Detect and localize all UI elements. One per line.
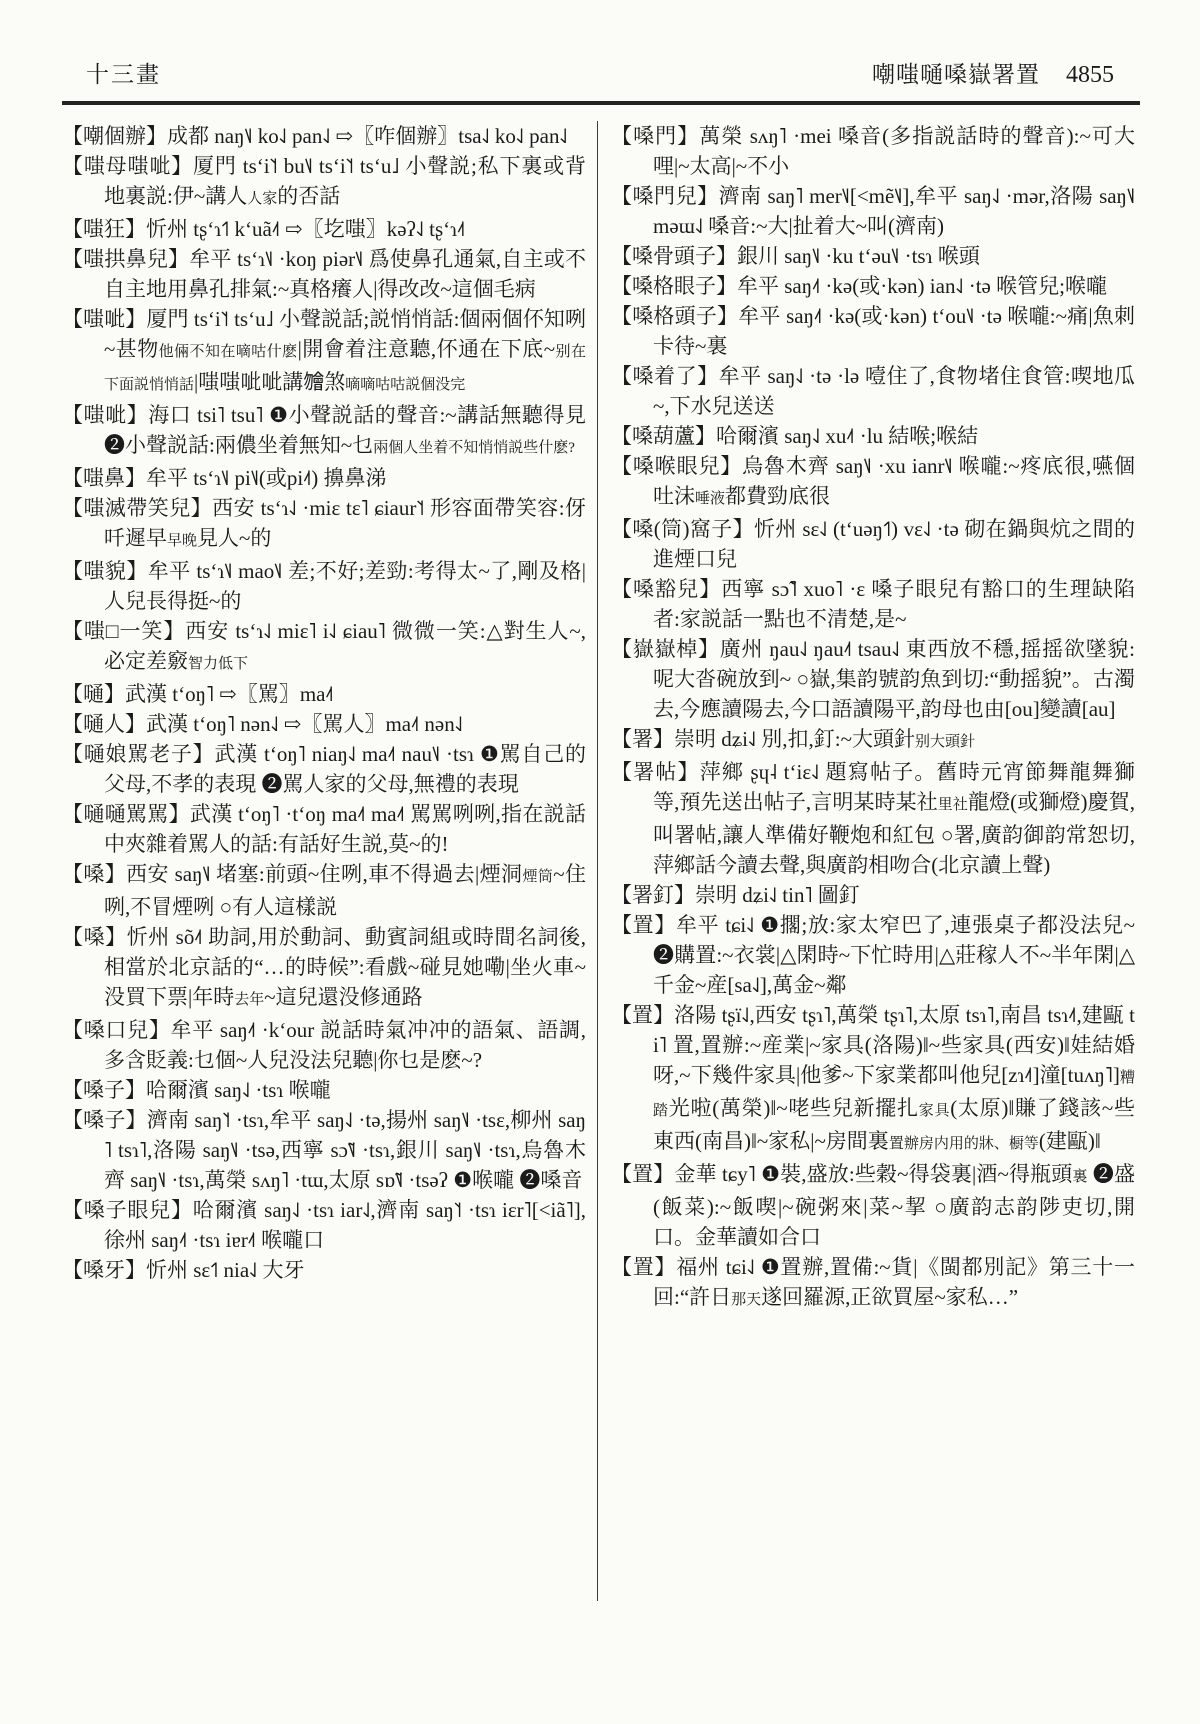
dictionary-entry: 【嗓格眼子】牟平 saŋ˨˦ ·kə(或·kən) ian˨˩ ·tə 喉管兒;… (611, 271, 1135, 301)
dictionary-entry: 【嶽嶽棹】廣州 ŋau˨˩ ŋau˨˦ tsau˨˩ 東西放不穩,摇摇欲墜貌:呢… (611, 634, 1135, 724)
entry-text: 【置】牟平 tɕi˨˩ ❶擱;放:家太窄巴了,連張桌子都没法兒~ ❷購置:~衣裳… (611, 913, 1135, 997)
dictionary-entry: 【置】金華 tɕy˥ ❶裝,盛放:些穀~得袋裏|酒~得瓶頭裏 ❷盛(飯菜):~飯… (611, 1159, 1135, 1252)
dictionary-entry: 【嗓着了】牟平 saŋ˨˩ ·tə ·lə 噎住了,食物堵住食管:喫地瓜~,下水… (611, 361, 1135, 421)
entry-gloss-small: 煙筒 (522, 869, 553, 885)
dictionary-entry: 【嗓子眼兒】哈爾濱 saŋ˨˩ ·tsɿ iar˨˩,濟南 saŋ˥˦ ·tsɿ… (62, 1195, 586, 1255)
column-left: 【嘲個辦】成都 naŋ˥˩ ko˨˩ pan˨˩ ⇨〖咋個辦〗tsa˨˩ ko˨… (62, 121, 586, 1601)
entry-text: 【嗓子眼兒】哈爾濱 saŋ˨˩ ·tsɿ iar˨˩,濟南 saŋ˥˦ ·tsɿ… (62, 1198, 586, 1252)
entry-gloss-small: 那天 (731, 1292, 761, 1308)
dictionary-entry: 【嗤貌】牟平 tsʻɿ˥˩ mao˥˩ 差;不好;差勁:考得太~了,剛及格|人兒… (62, 556, 586, 616)
dictionary-entry: 【嗓豁兒】西寧 sɔ̃˥ xuo˥ ·ɛ 嗓子眼兒有豁口的生理缺陷者:家説話一點… (611, 574, 1135, 634)
entry-text: 【嘲個辦】成都 naŋ˥˩ ko˨˩ pan˨˩ ⇨〖咋個辦〗tsa˨˩ ko˨… (62, 124, 568, 148)
entry-text: 都費勁底很 (725, 484, 830, 508)
dictionary-entry: 【嗤滅帶笑兒】西安 tsʻɿ˨˩ ·miɛ tɛ˥ ɕiaur˥˦ 形容面帶笑容… (62, 493, 586, 556)
dictionary-entry: 【嗵人】武漢 tʻoŋ˥ nən˨˩ ⇨〖駡人〗ma˨˦ nən˨˩ (62, 709, 586, 739)
dictionary-entry: 【嗓葫蘆】哈爾濱 saŋ˨˩ xu˨˦ ·lu 結喉;喉結 (611, 421, 1135, 451)
entry-text: 【嗤鼻】牟平 tsʻɿ˥˩ pi˥˩(或pi˨˦) 擤鼻涕 (62, 466, 387, 490)
entry-text: 【嗵人】武漢 tʻoŋ˥ nən˨˩ ⇨〖駡人〗ma˨˦ nən˨˩ (62, 712, 463, 736)
entry-text: ~這兒還没修通路 (264, 985, 422, 1009)
entry-text: 【置】金華 tɕy˥ ❶裝,盛放:些穀~得袋裏|酒~得瓶頭 (611, 1162, 1072, 1186)
entry-gloss-small: 他倆不知在嘀咕什麽 (159, 344, 298, 360)
entry-text: 【嗓牙】忻州 sɛ˦˥ nia˨˩ 大牙 (62, 1258, 304, 1282)
entry-gloss-small: 裏 (1072, 1169, 1087, 1185)
entry-text: 【嗓】西安 saŋ˥˩ 堵塞:前頭~住咧,車不得過去|煙洞 (62, 862, 522, 886)
entry-text: 【嗓子】濟南 saŋ˥˦ ·tsɿ,牟平 saŋ˨˩ ·tə,揚州 saŋ˥˩ … (62, 1108, 586, 1192)
entry-gloss-small: 早晚 (167, 533, 197, 549)
entry-text: |開會着注意聽,伓通在下底~ (298, 337, 555, 361)
running-head: 嘲嗤嗵嗓嶽署置 4855 (872, 56, 1114, 89)
dictionary-entry: 【嗓格頭子】牟平 saŋ˨˦ ·kə(或·kən) tʻou˥˩ ·tə 喉嚨:… (611, 301, 1135, 361)
column-right: 【嗓門】萬榮 sʌŋ˥ ·mei 嗓音(多指説話時的聲音):~可大哩|~太高|~… (597, 121, 1135, 1601)
entry-text: 【嗤□一笑】西安 tsʻɿ˨˩ miɛ˥ i˨˩ ɕiau˥ 微微一笑:△對生人… (62, 619, 586, 673)
dictionary-entry: 【嗓喉眼兒】烏魯木齊 saŋ˥˩ ·xu ianr˥˩ 喉嚨:~疼底很,嚥個吐沫… (611, 451, 1135, 514)
dictionary-entry: 【嗓】西安 saŋ˥˩ 堵塞:前頭~住咧,車不得過去|煙洞煙筒~住咧,不冒煙咧 … (62, 859, 586, 922)
entry-text: 【嗓(筒)窩子】忻州 sɛ˨˩ (tʻuəŋ˦˥) vɛ˨˩ ·tə 砌在鍋與炕… (611, 517, 1135, 571)
entry-gloss-small: 唾液 (695, 491, 725, 507)
entry-gloss-small: 兩個人坐着不知悄悄説些什麽? (373, 440, 575, 456)
entry-text: 【嗓豁兒】西寧 sɔ̃˥ xuo˥ ·ɛ 嗓子眼兒有豁口的生理缺陷者:家説話一點… (611, 577, 1135, 631)
dictionary-entry: 【嗓子】哈爾濱 saŋ˨˩ ·tsɿ 喉嚨 (62, 1075, 586, 1105)
entry-gloss-small: 置辦房内用的牀、橱等 (889, 1136, 1039, 1152)
entry-gloss-small: 嘀嘀咕咕説個没完 (345, 377, 465, 393)
dictionary-entry: 【嗤鼻】牟平 tsʻɿ˥˩ pi˥˩(或pi˨˦) 擤鼻涕 (62, 463, 586, 493)
dictionary-entry: 【署釘】崇明 dʑi˨˩ tin˥ 圖釘 (611, 880, 1135, 910)
entry-text: 【嗤滅帶笑兒】西安 tsʻɿ˨˩ ·miɛ tɛ˥ ɕiaur˥˦ 形容面帶笑容… (62, 496, 586, 550)
dictionary-entry: 【嗵嗵駡駡】武漢 tʻoŋ˥ ·tʻoŋ ma˨˦ ma˨˦ 駡駡咧咧,指在説話… (62, 799, 586, 859)
entry-text: 【嗤貌】牟平 tsʻɿ˥˩ mao˥˩ 差;不好;差勁:考得太~了,剛及格|人兒… (62, 559, 586, 613)
dictionary-entry: 【嗵】武漢 tʻoŋ˥ ⇨〖駡〗ma˨˦ (62, 679, 586, 709)
entry-text: |嗤嗤呲呲講𣍐煞 (194, 370, 345, 394)
entry-text: 見人~的 (197, 526, 271, 550)
dictionary-entry: 【嗓牙】忻州 sɛ˦˥ nia˨˩ 大牙 (62, 1255, 586, 1285)
entry-text: 【嗤拱鼻兒】牟平 tsʻɿ˥˩ ·koŋ piər˥˩ 爲使鼻孔通氣,自主或不自… (62, 247, 586, 301)
entry-gloss-small: 人家 (247, 191, 277, 207)
dictionary-entry: 【嘲個辦】成都 naŋ˥˩ ko˨˩ pan˨˩ ⇨〖咋個辦〗tsa˨˩ ko˨… (62, 121, 586, 151)
running-title: 嘲嗤嗵嗓嶽署置 (872, 56, 1040, 89)
dictionary-entry: 【嗵娘駡老子】武漢 tʻoŋ˥ niaŋ˨˩ ma˨˦ nau˥˩ ·tsɿ ❶… (62, 739, 586, 799)
page-number: 4855 (1066, 62, 1114, 89)
entry-text: 遂回羅源,正欲買屋~家私…” (761, 1285, 1018, 1309)
entry-gloss-small: 家具 (919, 1103, 950, 1119)
page-header: 十三畫 嘲嗤嗵嗓嶽署置 4855 (62, 56, 1140, 89)
dictionary-entry: 【嗓口兒】牟平 saŋ˨˦ ·kʻour 説話時氣冲冲的語氣、語調,多含貶義:乜… (62, 1015, 586, 1075)
dictionary-entry: 【嗤呲】厦門 tsʻi˥˦ tsʻu˩ 小聲説話;説悄悄話:個兩個伓知咧~甚物他… (62, 304, 586, 400)
text-columns: 【嘲個辦】成都 naŋ˥˩ ko˨˩ pan˨˩ ⇨〖咋個辦〗tsa˨˩ ko˨… (62, 121, 1140, 1601)
dictionary-entry: 【嗤□一笑】西安 tsʻɿ˨˩ miɛ˥ i˨˩ ɕiau˥ 微微一笑:△對生人… (62, 616, 586, 679)
section-label: 十三畫 (86, 56, 161, 89)
dictionary-entry: 【嗓門】萬榮 sʌŋ˥ ·mei 嗓音(多指説話時的聲音):~可大哩|~太高|~… (611, 121, 1135, 181)
dictionary-entry: 【置】牟平 tɕi˨˩ ❶擱;放:家太窄巴了,連張桌子都没法兒~ ❷購置:~衣裳… (611, 910, 1135, 1000)
entry-text: 【嗤狂】忻州 tʂʻɿ˦˥ kʻuã˨˦ ⇨〖圪嗤〗kəʔ˨˩ tʂʻɿ˨˦ (62, 217, 465, 241)
dictionary-entry: 【嗓骨頭子】銀川 saŋ˥˩ ·ku tʻəu˥˩ ·tsɿ 喉頭 (611, 241, 1135, 271)
dictionary-entry: 【嗓】忻州 sõ˨˦ 助詞,用於動詞、動賓詞組或時間名詞後,相當於北京話的“…的… (62, 922, 586, 1015)
entry-text: 的否話 (277, 184, 340, 208)
entry-text: 【嗓葫蘆】哈爾濱 saŋ˨˩ xu˨˦ ·lu 結喉;喉結 (611, 424, 978, 448)
dictionary-entry: 【嗓(筒)窩子】忻州 sɛ˨˩ (tʻuəŋ˦˥) vɛ˨˩ ·tə 砌在鍋與炕… (611, 514, 1135, 574)
entry-text: 【嗓格眼子】牟平 saŋ˨˦ ·kə(或·kən) ian˨˩ ·tə 喉管兒;… (611, 274, 1107, 298)
dictionary-entry: 【嗤呲】海口 tsi˥ tsu˥ ❶小聲説話的聲音:~講話無聽得見 ❷小聲説話:… (62, 400, 586, 463)
header-rule (62, 101, 1140, 105)
entry-text: 【署】崇明 dʑi˨˩ 別,扣,釘:~大頭針 (611, 727, 915, 751)
entry-text: 【署釘】崇明 dʑi˨˩ tin˥ 圖釘 (611, 883, 860, 907)
entry-gloss-small: 别大頭針 (915, 734, 975, 750)
dictionary-entry: 【置】洛陽 tʂï˨˩,西安 tʂɿ˥,萬榮 tʂɿ˥,太原 tsɿ˥,南昌 t… (611, 1000, 1135, 1159)
entry-text: 【嗓喉眼兒】烏魯木齊 saŋ˥˩ ·xu ianr˥˩ 喉嚨:~疼底很,嚥個吐沫 (611, 454, 1135, 508)
dictionary-entry: 【嗤母嗤呲】厦門 tsʻi˥˦ bu˥˩ tsʻi˥˦ tsʻu˩ 小聲説;私下… (62, 151, 586, 214)
entry-text: 【嗓子】哈爾濱 saŋ˨˩ ·tsɿ 喉嚨 (62, 1078, 331, 1102)
entry-gloss-small: 智力低下 (188, 656, 248, 672)
entry-text: 【嶽嶽棹】廣州 ŋau˨˩ ŋau˨˦ tsau˨˩ 東西放不穩,摇摇欲墜貌:呢… (611, 637, 1135, 721)
dictionary-entry: 【嗓門兒】濟南 saŋ˥ mer˥˩[<mẽ˥˩],牟平 saŋ˨˩ ·mər,… (611, 181, 1135, 241)
entry-gloss-small: 里社 (938, 797, 968, 813)
entry-text: 【嗵】武漢 tʻoŋ˥ ⇨〖駡〗ma˨˦ (62, 682, 334, 706)
dictionary-entry: 【嗤拱鼻兒】牟平 tsʻɿ˥˩ ·koŋ piər˥˩ 爲使鼻孔通氣,自主或不自… (62, 244, 586, 304)
dictionary-entry: 【嗤狂】忻州 tʂʻɿ˦˥ kʻuã˨˦ ⇨〖圪嗤〗kəʔ˨˩ tʂʻɿ˨˦ (62, 214, 586, 244)
entry-text: 光啦(萬榮)‖~咾些兒新擺扎 (669, 1096, 919, 1120)
entry-text: 【嗵嗵駡駡】武漢 tʻoŋ˥ ·tʻoŋ ma˨˦ ma˨˦ 駡駡咧咧,指在説話… (62, 802, 586, 856)
dictionary-entry: 【置】福州 tɕi˨˩ ❶置辦,置備:~貨|《閩都別記》第三十一回:“許日那天遂… (611, 1252, 1135, 1315)
entry-text: (建甌)‖ (1039, 1129, 1101, 1153)
dictionary-entry: 【署】崇明 dʑi˨˩ 別,扣,釘:~大頭針别大頭針 (611, 724, 1135, 757)
entry-gloss-small: 去年 (234, 992, 264, 1008)
dictionary-entry: 【署帖】萍鄉 ʂɥ˨ tʻiɛ˨˩ 題寫帖子。舊時元宵節舞龍舞獅等,預先送出帖子… (611, 757, 1135, 880)
entry-text: 【嗓門】萬榮 sʌŋ˥ ·mei 嗓音(多指説話時的聲音):~可大哩|~太高|~… (611, 124, 1135, 178)
entry-text: 【嗓着了】牟平 saŋ˨˩ ·tə ·lə 噎住了,食物堵住食管:喫地瓜~,下水… (611, 364, 1135, 418)
entry-text: 【置】洛陽 tʂï˨˩,西安 tʂɿ˥,萬榮 tʂɿ˥,太原 tsɿ˥,南昌 t… (611, 1003, 1135, 1087)
dictionary-page: 十三畫 嘲嗤嗵嗓嶽署置 4855 【嘲個辦】成都 naŋ˥˩ ko˨˩ pan˨… (0, 0, 1200, 1724)
entry-text: 【嗓口兒】牟平 saŋ˨˦ ·kʻour 説話時氣冲冲的語氣、語調,多含貶義:乜… (62, 1018, 586, 1072)
entry-text: 【嗵娘駡老子】武漢 tʻoŋ˥ niaŋ˨˩ ma˨˦ nau˥˩ ·tsɿ ❶… (62, 742, 586, 796)
entry-text: 【嗓格頭子】牟平 saŋ˨˦ ·kə(或·kən) tʻou˥˩ ·tə 喉嚨:… (611, 304, 1135, 358)
entry-text: 【嗓骨頭子】銀川 saŋ˥˩ ·ku tʻəu˥˩ ·tsɿ 喉頭 (611, 244, 980, 268)
dictionary-entry: 【嗓子】濟南 saŋ˥˦ ·tsɿ,牟平 saŋ˨˩ ·tə,揚州 saŋ˥˩ … (62, 1105, 586, 1195)
entry-text: 【嗓門兒】濟南 saŋ˥ mer˥˩[<mẽ˥˩],牟平 saŋ˨˩ ·mər,… (611, 184, 1135, 238)
